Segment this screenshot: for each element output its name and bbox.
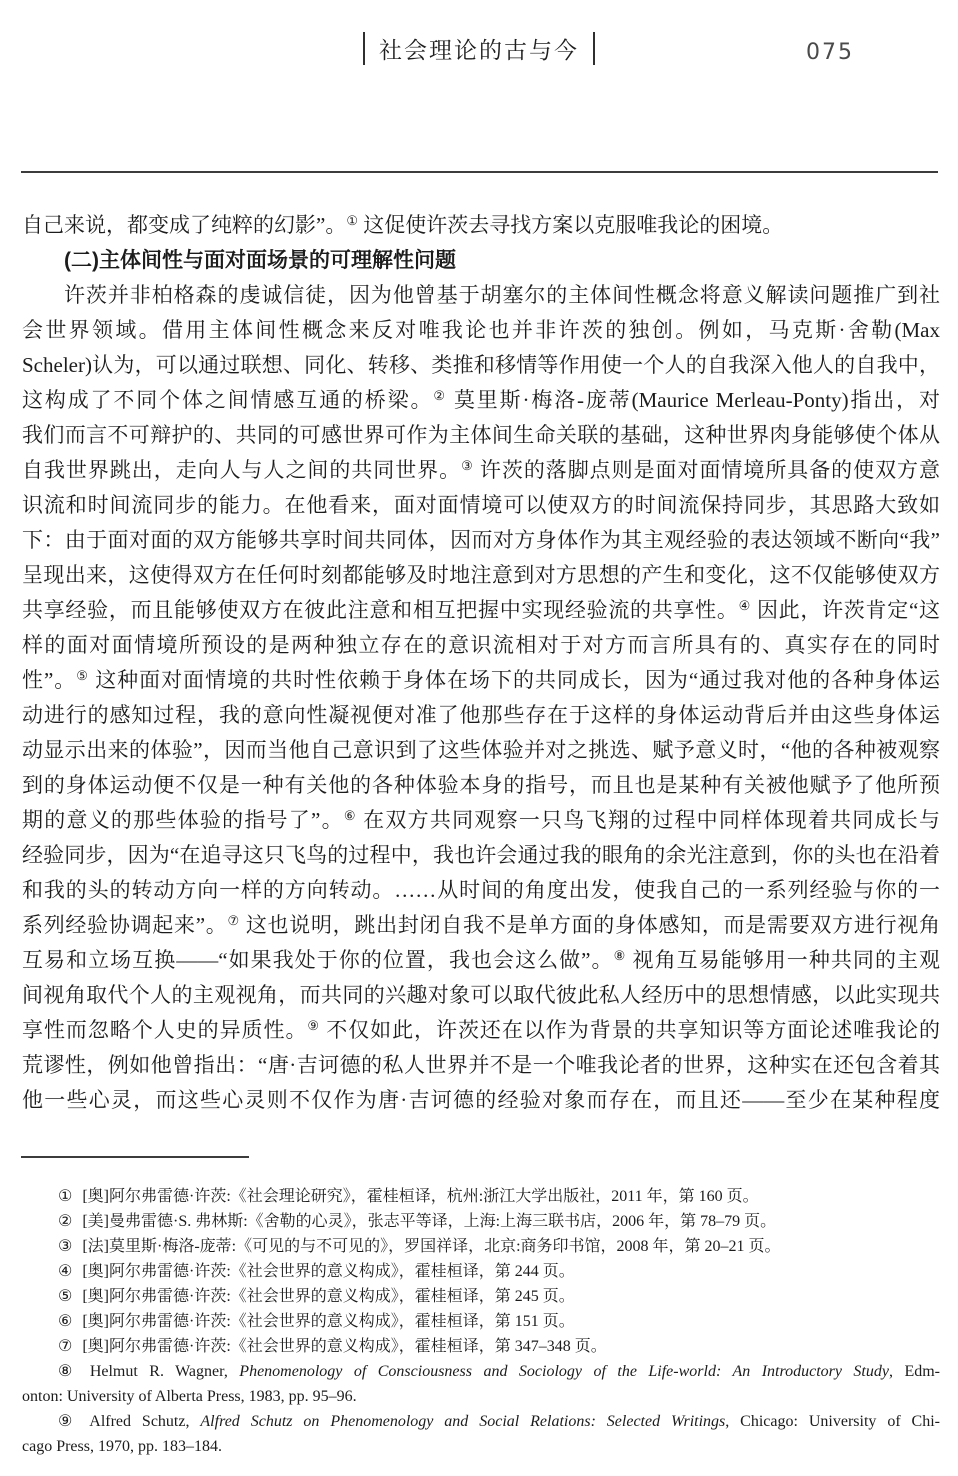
footnote: ④[奥]阿尔弗雷德·许茨:《社会世界的意义构成》，霍桂桓译，第 244 页。	[22, 1259, 940, 1284]
footnote-marker: ⑦	[58, 1338, 72, 1355]
footnote-marker: ⑥	[58, 1313, 72, 1330]
body-text-line: 样的面对面情境所预设的是两种独立存在的意识流相对于对方而言所具有的、真实存在的同…	[22, 628, 940, 663]
footnote-text: [奥]阿尔弗雷德·许茨:《社会世界的意义构成》，霍桂桓译，第 151 页。	[82, 1313, 574, 1330]
footnote-ref: ⑨	[307, 1018, 320, 1033]
body-text-line: 动进行的感知过程，我的意向性凝视便对准了他那些存在于这样的身体运动背后并由这些身…	[22, 698, 940, 733]
footnote: ⑦[奥]阿尔弗雷德·许茨:《社会世界的意义构成》，霍桂桓译，第 347–348 …	[22, 1334, 940, 1359]
section-heading: (二)主体间性与面对面场景的可理解性问题	[22, 243, 940, 278]
body-text-line: 间视角取代个人的主观视角，而共同的兴趣对象可以取代彼此私人经历中的思想情感，以此…	[22, 978, 940, 1013]
footnote: ③[法]莫里斯·梅洛-庞蒂:《可见的与不可见的》，罗国祥译，北京:商务印书馆，2…	[22, 1234, 940, 1259]
body-text-line: 动显示出来的体验”，因而当他自己意识到了这些体验并对之挑选、赋予意义时，“他的各…	[22, 733, 940, 768]
body-text-line: 期的意义的那些体验的指号了”。⑥ 在双方共同观察一只鸟飞翔的过程中同样体现着共同…	[22, 803, 940, 838]
footnote-text: Phenomenology of Consciousness and Socio…	[239, 1363, 889, 1380]
footnote-text: Helmut R. Wagner,	[90, 1363, 239, 1380]
footnote-ref: ⑦	[227, 913, 239, 928]
body-text-line: 许茨并非柏格森的虔诚信徒，因为他曾基于胡塞尔的主体间性概念将意义解读问题推广到社	[22, 278, 940, 313]
footnote: ⑤[奥]阿尔弗雷德·许茨:《社会世界的意义构成》，霍桂桓译，第 245 页。	[22, 1284, 940, 1309]
footnote-text: [美]曼弗雷德·S. 弗林斯:《舍勒的心灵》，张志平等译，上海:上海三联书店，2…	[82, 1213, 776, 1230]
body-text-line: 和我的头的转动方向一样的方向转动。……从时间的角度出发，使我自己的一系列经验与你…	[22, 873, 940, 908]
body-text-line: 性”。⑤ 这种面对面情境的共时性依赖于身体在场下的共同成长，因为“通过我对他的各…	[22, 663, 940, 698]
footnote-marker: ⑧	[58, 1363, 80, 1380]
title-left-bar	[363, 32, 365, 65]
footnote: ⑥[奥]阿尔弗雷德·许茨:《社会世界的意义构成》，霍桂桓译，第 151 页。	[22, 1309, 940, 1334]
footnote-ref: ④	[739, 598, 751, 613]
body-text: 自己来说，都变成了纯粹的幻影”。① 这促使许茨去寻找方案以克服唯我论的困境。(二…	[22, 208, 940, 1118]
body-text-line: 到的身体运动便不仅是一种有关他的各种体验本身的指号，而且也是某种有关被他赋予了他…	[22, 768, 940, 803]
footnote-ref: ③	[461, 458, 474, 473]
footnote-marker: ④	[58, 1263, 72, 1280]
footnote-ref: ⑧	[614, 948, 627, 963]
body-text-line: 自己来说，都变成了纯粹的幻影”。① 这促使许茨去寻找方案以克服唯我论的困境。	[22, 208, 940, 243]
footnote-marker: ⑨	[58, 1413, 79, 1430]
body-text-line: 共享经验，而且能够使双方在彼此注意和相互把握中实现经验流的共享性。④ 因此，许茨…	[22, 593, 940, 628]
body-text-line: 识流和时间流同步的能力。在他看来，面对面情境可以使双方的时间流保持同步，其思路大…	[22, 488, 940, 523]
footnote-ref: ②	[433, 388, 447, 403]
footnote-text: [奥]阿尔弗雷德·许茨:《社会理论研究》，霍桂桓译，杭州:浙江大学出版社，201…	[82, 1188, 758, 1205]
body-text-line: 这构成了不同个体之间情感互通的桥梁。② 莫里斯·梅洛-庞蒂(Maurice Me…	[22, 383, 940, 418]
page-title: 社会理论的古与今	[379, 32, 579, 65]
footnote-text: Alfred Schutz,	[89, 1413, 200, 1430]
footnote-separator	[21, 1156, 249, 1158]
footnotes: ①[奥]阿尔弗雷德·许茨:《社会理论研究》，霍桂桓译，杭州:浙江大学出版社，20…	[22, 1184, 940, 1459]
footnote-text: [法]莫里斯·梅洛-庞蒂:《可见的与不可见的》，罗国祥译，北京:商务印书馆，20…	[82, 1238, 780, 1255]
footnote-marker: ②	[58, 1213, 72, 1230]
footnote: ②[美]曼弗雷德·S. 弗林斯:《舍勒的心灵》，张志平等译，上海:上海三联书店，…	[22, 1209, 940, 1234]
page-number: 075	[806, 40, 854, 65]
body-text-line: 互易和立场互换——“如果我处于你的位置，我也会这么做”。⑧ 视角互易能够用一种共…	[22, 943, 940, 978]
footnote-text: , Edm-	[889, 1363, 940, 1380]
body-text-line: 会世界领域。借用主体间性概念来反对唯我论也并非许茨的独创。例如，马克斯·舍勒(M…	[22, 313, 940, 348]
footnote-marker: ①	[58, 1188, 72, 1205]
footnote-ref: ①	[346, 213, 358, 228]
body-text-line: 他一些心灵，而这些心灵则不仅作为唐·吉诃德的经验对象而存在，而且还——至少在某种…	[22, 1083, 940, 1118]
body-text-line: 呈现出来，这使得双方在任何时刻都能够及时地注意到对方思想的产生和变化，这不仅能够…	[22, 558, 940, 593]
body-text-line: 我们而言不可辩护的、共同的可感世界可作为主体间生命关联的基础，这种世界肉身能够使…	[22, 418, 940, 453]
body-text-line: 自我世界跳出，走向人与人之间的共同世界。③ 许茨的落脚点则是面对面情境所具备的使…	[22, 453, 940, 488]
footnote: ⑧Helmut R. Wagner, Phenomenology of Cons…	[22, 1359, 940, 1384]
footnote-text: Alfred Schutz on Phenomenology and Socia…	[200, 1413, 725, 1430]
footnote-text: , Chicago: University of Chi-	[725, 1413, 940, 1430]
footnote-marker: ③	[58, 1238, 72, 1255]
body-text-line: 经验同步，因为“在追寻这只飞鸟的过程中，我也许会通过我的眼角的余光注意到，你的头…	[22, 838, 940, 873]
footnote-text: cago Press, 1970, pp. 183–184.	[22, 1438, 222, 1455]
body-text-line: 下：由于面对面的双方能够共享时间共同体，因而对方身体作为其主观经验的表达领域不断…	[22, 523, 940, 558]
footnote-ref: ⑥	[344, 808, 357, 823]
header-rule	[21, 171, 938, 173]
footnote: ①[奥]阿尔弗雷德·许茨:《社会理论研究》，霍桂桓译，杭州:浙江大学出版社，20…	[22, 1184, 940, 1209]
title-right-bar	[593, 32, 595, 65]
footnote: ⑨Alfred Schutz, Alfred Schutz on Phenome…	[22, 1409, 940, 1434]
footnote-text: onton: University of Alberta Press, 1983…	[22, 1388, 357, 1405]
footnote-ref: ⑤	[76, 668, 89, 683]
footnote-text: [奥]阿尔弗雷德·许茨:《社会世界的意义构成》，霍桂桓译，第 245 页。	[82, 1288, 574, 1305]
body-text-line: Scheler)认为，可以通过联想、同化、转移、类推和移情等作用使一个人的自我深…	[22, 348, 940, 383]
footnote-text: [奥]阿尔弗雷德·许茨:《社会世界的意义构成》，霍桂桓译，第 347–348 页…	[82, 1338, 606, 1355]
footnote-marker: ⑤	[58, 1288, 72, 1305]
body-text-line: 享性而忽略个人史的异质性。⑨ 不仅如此，许茨还在以作为背景的共享知识等方面论述唯…	[22, 1013, 940, 1048]
footnote-text: [奥]阿尔弗雷德·许茨:《社会世界的意义构成》，霍桂桓译，第 244 页。	[82, 1263, 574, 1280]
footnote-continuation: cago Press, 1970, pp. 183–184.	[22, 1434, 940, 1459]
document-page: 社会理论的古与今 075 自己来说，都变成了纯粹的幻影”。① 这促使许茨去寻找方…	[0, 0, 958, 1476]
body-text-line: 系列经验协调起来”。⑦ 这也说明，跳出封闭自我不是单方面的身体感知，而是需要双方…	[22, 908, 940, 943]
footnote-continuation: onton: University of Alberta Press, 1983…	[22, 1384, 940, 1409]
body-text-line: 荒谬性，例如他曾指出：“唐·吉诃德的私人世界并不是一个唯我论者的世界，这种实在还…	[22, 1048, 940, 1083]
